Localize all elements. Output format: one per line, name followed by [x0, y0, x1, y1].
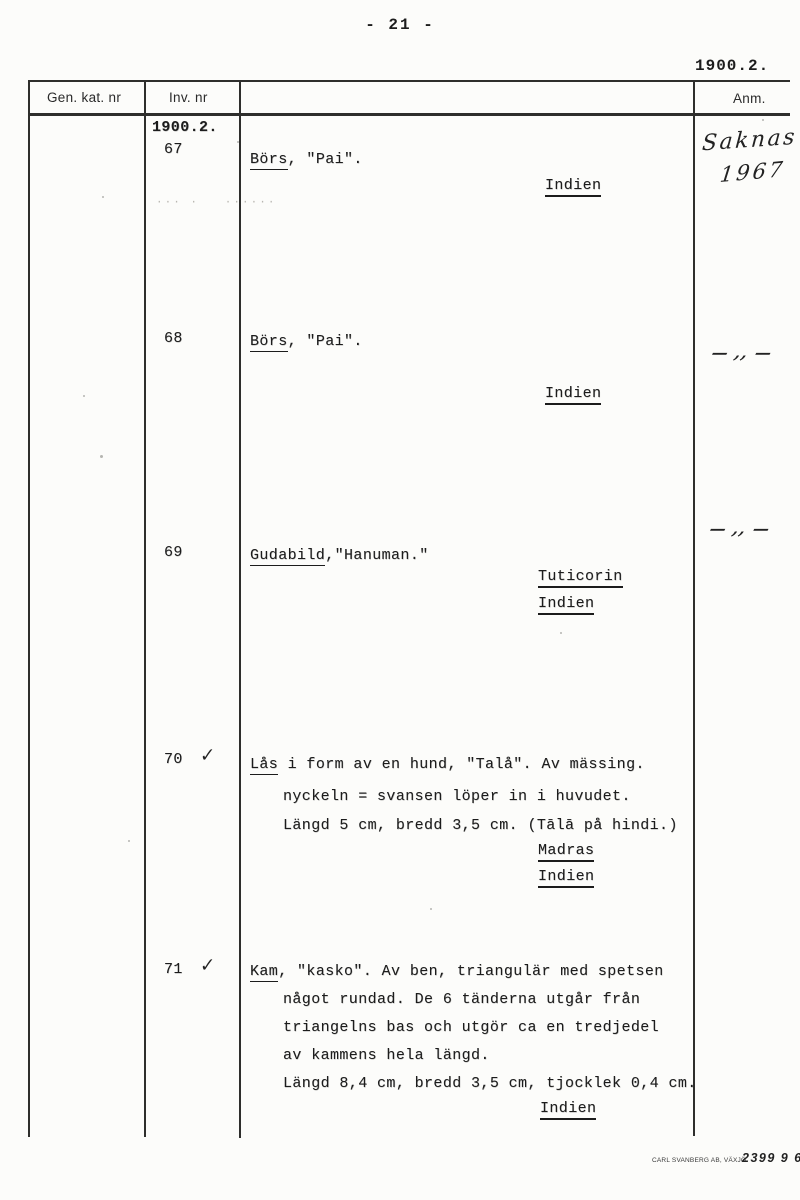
entry-71-description-line1: Kam, "kasko". Av ben, triangulär med spe…: [250, 963, 664, 980]
scan-speck: [430, 908, 432, 910]
entry-69-place-country: Indien: [538, 595, 594, 612]
entry-70-term: Lås: [250, 756, 278, 775]
entry-71-description-line3: triangelns bas och utgör ca en tredjedel: [283, 1019, 659, 1036]
entry-71-description-line5: Längd 8,4 cm, bredd 3,5 cm, tjocklek 0,4…: [283, 1075, 697, 1092]
entry-67-place-country: Indien: [545, 177, 601, 194]
entry-69-inv-nr: 69: [164, 544, 183, 561]
printer-imprint: CARL SVANBERG AB, VÄXJÖ: [652, 1157, 746, 1164]
entry-71-term: Kam: [250, 963, 278, 982]
entry-68-place-country: Indien: [545, 385, 601, 402]
inventory-group-label: 1900.2.: [152, 119, 218, 136]
entry-70-description-line3: Längd 5 cm, bredd 3,5 cm. (Tālā på hindi…: [283, 817, 678, 834]
entry-68-rest: , "Pai".: [288, 333, 363, 350]
column-divider-inv-description: [239, 80, 241, 1138]
table-border-left: [28, 80, 30, 1137]
entry-70-rest: i form av en hund, "Talå". Av mässing.: [278, 756, 645, 773]
entry-68-term: Börs: [250, 333, 288, 352]
column-header-inv-nr: Inv. nr: [169, 90, 208, 105]
entry-69-term: Gudabild: [250, 547, 325, 566]
scan-speck: [102, 196, 104, 198]
scanned-catalog-page: - 21 - 1900.2. Gen. kat. nr Inv. nr Anm.…: [0, 0, 800, 1200]
entry-70-inv-nr: 70: [164, 751, 183, 768]
entry-71-place-country: Indien: [540, 1100, 596, 1117]
scan-speck: [83, 395, 85, 397]
scan-speck: [128, 840, 130, 842]
entry-67-rest: , "Pai".: [288, 151, 363, 168]
column-header-anm: Anm.: [733, 91, 766, 106]
table-header-separator: [28, 113, 790, 116]
entry-70-description-line2: nyckeln = svansen löper in i huvudet.: [283, 788, 631, 805]
entry-69-rest: ,"Hanuman.": [325, 547, 428, 564]
table-border-top: [28, 80, 790, 82]
scan-speck: [237, 141, 239, 143]
faint-erased-dots: ··· · ······: [156, 197, 276, 209]
scan-speck: [100, 455, 103, 458]
page-number: - 21 -: [0, 16, 800, 34]
handwritten-ditto-mark-68: — ,, —: [709, 343, 775, 362]
handwritten-saknas: Saknas: [701, 125, 798, 157]
printer-code: 2399 9 67: [742, 1151, 800, 1165]
handwritten-ditto-mark-69: — ,, —: [707, 519, 773, 538]
entry-71-description-line2: något rundad. De 6 tänderna utgår från: [283, 991, 640, 1008]
entry-70-description-line1: Lås i form av en hund, "Talå". Av mässin…: [250, 756, 645, 773]
catalog-reference: 1900.2.: [695, 57, 769, 75]
entry-68-description: Börs, "Pai".: [250, 333, 363, 350]
entry-69-description: Gudabild,"Hanuman.": [250, 547, 429, 564]
entry-69-place-city: Tuticorin: [538, 568, 623, 585]
handwritten-year-1967: 1967: [719, 157, 787, 187]
entry-71-description-line4: av kammens hela längd.: [283, 1047, 490, 1064]
checkmark-entry-71: ✓: [200, 954, 216, 977]
entry-67-term: Börs: [250, 151, 288, 170]
scan-speck: [560, 632, 562, 634]
scan-speck: [762, 119, 764, 121]
entry-71-rest: , "kasko". Av ben, triangulär med spetse…: [278, 963, 663, 980]
column-divider-genkat-inv: [144, 80, 146, 1137]
column-header-gen-kat-nr: Gen. kat. nr: [47, 90, 121, 105]
checkmark-entry-70: ✓: [200, 744, 216, 767]
entry-68-inv-nr: 68: [164, 330, 183, 347]
entry-67-inv-nr: 67: [164, 141, 183, 158]
entry-70-place-city: Madras: [538, 842, 594, 859]
entry-70-place-country: Indien: [538, 868, 594, 885]
entry-67-description: Börs, "Pai".: [250, 151, 363, 168]
entry-71-inv-nr: 71: [164, 961, 183, 978]
column-divider-description-anm: [693, 80, 695, 1136]
